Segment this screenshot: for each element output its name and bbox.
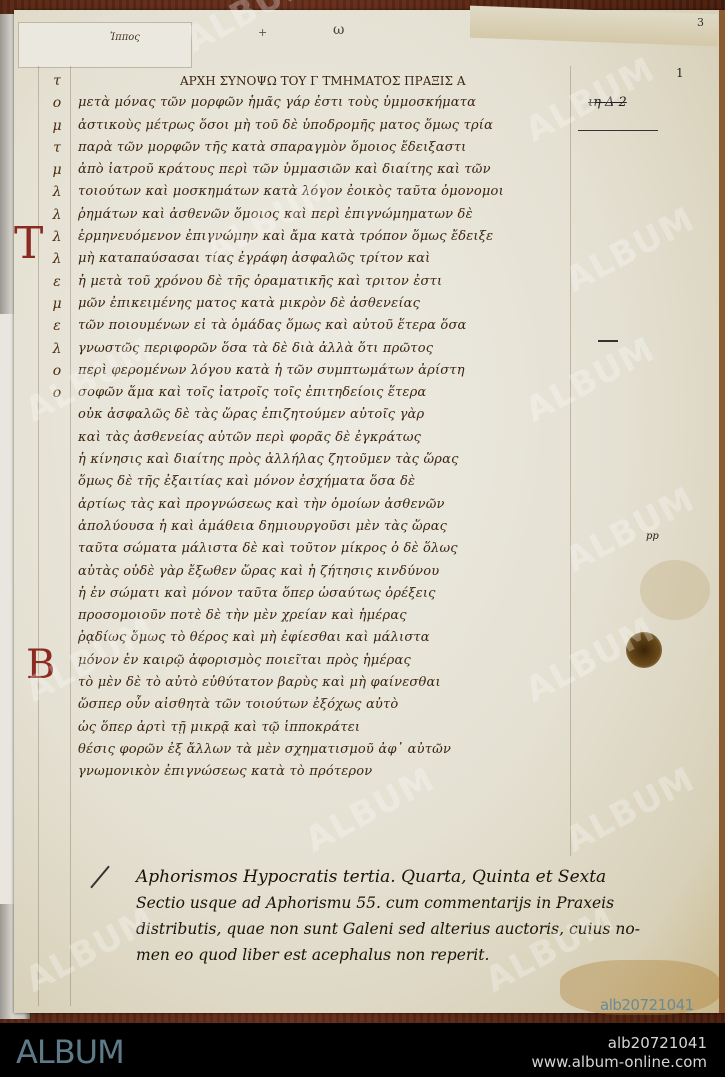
water-stain <box>640 560 710 620</box>
greek-line: ὡς ὅπερ ἀρτὶ τῇ μικρᾷ καὶ τῷ ἱπποκράτει <box>78 717 568 739</box>
image-id: alb20721041 <box>532 1034 707 1053</box>
ruling-line <box>70 66 71 1006</box>
ink-blot <box>626 632 662 668</box>
website-link[interactable]: www.album-online.com <box>532 1053 707 1072</box>
greek-line: σοφῶν ἅμα καὶ τοῖς ἰατροῖς τοῖς ἐπιτηδεί… <box>78 382 568 404</box>
latin-line: Sectio usque ad Aphorismu 55. cum commen… <box>136 890 716 916</box>
cross-mark: + <box>258 26 267 39</box>
greek-line: καὶ τὰς ἀσθενείας αὐτῶν περὶ φορᾶς δὲ ἐγ… <box>78 427 568 449</box>
greek-line: ὅμως δὲ τῆς ἐξαιτίας καὶ μόνον ἐσχήματα … <box>78 471 568 493</box>
top-label: Ἱππος <box>110 32 140 43</box>
struck-note: ιη Δ 2 <box>588 95 627 110</box>
margin-char: λ <box>44 248 70 270</box>
greek-line: γνωστῶς περιφορῶν ὅσα τὰ δὲ διὰ ἀλλὰ ὅτι… <box>78 338 568 360</box>
margin-dash <box>598 340 618 342</box>
margin-char: τ <box>44 70 70 92</box>
greek-line: ἡ ἐν σώματι καὶ μόνον ταῦτα ὅπερ ὡσαύτως… <box>78 583 568 605</box>
greek-line: τὸ μὲν δὲ τὸ αὐτὸ εὐθύτατον βαρὺς καὶ μὴ… <box>78 672 568 694</box>
footer-credit: alb20721041 www.album-online.com <box>532 1034 707 1072</box>
greek-line: τοιούτων καὶ μοσκημάτων κατὰ λόγον ἐοικὸ… <box>78 181 568 203</box>
margin-char: λ <box>44 181 70 203</box>
margin-char: ο <box>44 92 70 114</box>
greek-line: περὶ φερομένων λόγου κατὰ ἡ τῶν συμπτωμά… <box>78 360 568 382</box>
margin-char: ε <box>44 315 70 337</box>
latin-line: Aphorismos Hypocratis tertia. Quarta, Qu… <box>136 864 716 890</box>
greek-line: γνωμονικὸν ἐπιγνώσεως κατὰ τὸ πρότερον <box>78 761 568 783</box>
image-id-overlay: alb20721041 <box>600 996 694 1014</box>
margin-char: λ <box>44 338 70 360</box>
margin-char: ο <box>44 382 70 404</box>
folio-number: 3 <box>697 16 704 29</box>
latin-annotation: Aphorismos Hypocratis tertia. Quarta, Qu… <box>136 864 716 968</box>
greek-line: ῥᾳδίως ὅμως τὸ θέρος καὶ μὴ ἐφίεσθαι καὶ… <box>78 627 568 649</box>
greek-line: ἀρτίως τὰς καὶ προγνώσεως καὶ τὴν ὁμοίων… <box>78 494 568 516</box>
latin-line: men eo quod liber est acephalus non repe… <box>136 942 716 968</box>
margin-char: ο <box>44 360 70 382</box>
greek-line: ταῦτα σώματα μάλιστα δὲ καὶ τοῦτον μίκρο… <box>78 538 568 560</box>
margin-column: τ ο μ τ μ λ λ λ λ ε μ ε λ ο ο <box>44 70 70 404</box>
margin-char: λ <box>44 204 70 226</box>
greek-line: οὐκ ἀσφαλῶς δὲ τὰς ὥρας ἐπιζητούμεν αὐτο… <box>78 404 568 426</box>
greek-line: ὥσπερ οὖν αἰσθητὰ τῶν τοιούτων ἐξόχως αὐ… <box>78 694 568 716</box>
margin-char: μ <box>44 159 70 181</box>
margin-char: μ <box>44 115 70 137</box>
margin-char: ε <box>44 271 70 293</box>
greek-line: ῥημάτων καὶ ἀσθενῶν ὅμοιος καὶ περὶ ἐπιγ… <box>78 204 568 226</box>
ruling-line <box>38 66 39 1006</box>
greek-line: αὐτὰς οὐδὲ γὰρ ἔξωθεν ὥρας καὶ ἡ ζήτησις… <box>78 561 568 583</box>
greek-line: τῶν ποιουμένων εἰ τὰ ὁμάδας ὅμως καὶ αὐτ… <box>78 315 568 337</box>
latin-line: distributis, quae non sunt Galeni sed al… <box>136 916 716 942</box>
ruling-line <box>570 66 571 856</box>
greek-line: θέσις φορῶν ἐξ ἄλλων τὰ μὲν σχηματισμοῦ … <box>78 739 568 761</box>
underline-stroke <box>578 130 658 131</box>
margin-char: λ <box>44 226 70 248</box>
pp-note: pp <box>646 531 659 542</box>
greek-text-block: μετὰ μόνας τῶν μορφῶν ἡμᾶς γάρ ἐστι τοὺς… <box>78 70 568 784</box>
greek-line: μῶν ἐπικειμένης ματος κατὰ μικρὸν δὲ ἀσθ… <box>78 293 568 315</box>
greek-line: ἀπὸ ἰατροῦ κράτους περὶ τῶν ὑμμασιῶν καὶ… <box>78 159 568 181</box>
greek-line: ἡ μετὰ τοῦ χρόνου δὲ τῆς ὁραματικῆς καὶ … <box>78 271 568 293</box>
footer-bar: ALBUM alb20721041 www.album-online.com <box>0 1023 725 1077</box>
margin-number: 1 <box>676 66 684 80</box>
album-logo: ALBUM <box>16 1033 124 1071</box>
pasted-label-strip <box>18 22 192 68</box>
greek-line: ἀπολύουσα ἡ καὶ ἀμάθεια δημιουργοῦσι μὲν… <box>78 516 568 538</box>
rubric-initial-t: Τ <box>14 218 43 269</box>
omega-mark: ω <box>333 22 344 38</box>
margin-char: μ <box>44 293 70 315</box>
greek-line: μετὰ μόνας τῶν μορφῶν ἡμᾶς γάρ ἐστι τοὺς… <box>78 92 568 114</box>
greek-line: ἀστικοὺς μέτρως ὅσοι μὴ τοῦ δὲ ὑποδρομῆς… <box>78 115 568 137</box>
greek-line: μὴ καταπαύσασαι τίας ἐγράφη ἀσφαλῶς τρίτ… <box>78 248 568 270</box>
manuscript-photo: Ἱππος + ω 3 ΑΡΧΗ ΣΥΝΟΨΩ ΤΟΥ Γ ΤΜΗΜΑΤΟΣ Π… <box>0 0 725 1023</box>
greek-line <box>78 70 568 92</box>
greek-line: ἑρμηνευόμενον ἐπιγνώμην καὶ ἄμα κατὰ τρό… <box>78 226 568 248</box>
greek-line: ἡ κίνησις καὶ διαίτης πρὸς ἀλλήλας ζητοῦ… <box>78 449 568 471</box>
greek-line: προσομοιοῦν ποτὲ δὲ τὴν μὲν χρείαν καὶ ἡ… <box>78 605 568 627</box>
greek-line: παρὰ τῶν μορφῶν τῆς κατὰ σπαραγμὸν ὅμοιο… <box>78 137 568 159</box>
margin-char: τ <box>44 137 70 159</box>
rubric-initial-b: Β <box>26 642 55 688</box>
greek-line: μόνον ἐν καιρῷ ἀφορισμὸς ποιεῖται πρὸς ἡ… <box>78 650 568 672</box>
